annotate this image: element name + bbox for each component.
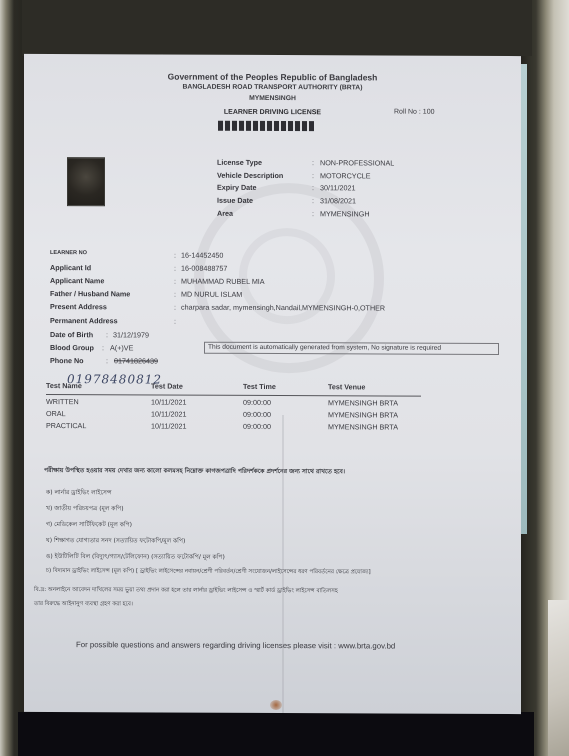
field-value: charpara sadar, mymensingh,Nandail,MYMEN… xyxy=(181,303,385,313)
screen-bottom-bezel xyxy=(18,712,534,756)
field-label: Permanent Address xyxy=(50,316,118,325)
barcode xyxy=(218,121,314,131)
field-value: A(+)VE xyxy=(110,343,133,352)
field-label: Vehicle Description xyxy=(217,171,283,180)
instructions-note: বি.দ্র: অনলাইনে আবেদন দাখিলের সময় ভুয়া… xyxy=(34,586,338,596)
field-value: MUHAMMAD RUBEL MIA xyxy=(181,277,265,286)
footer-help-text: For possible questions and answers regar… xyxy=(76,640,395,650)
roll-label: Roll No : xyxy=(394,109,421,116)
government-heading: Government of the Peoples Republic of Ba… xyxy=(24,71,521,83)
field-label: Father / Husband Name xyxy=(50,289,130,298)
instruction-item: খ) জাতীয় পরিচয়পত্র (মূল কপি) xyxy=(46,503,124,514)
instructions-intro: পরীক্ষায় উপস্থিত হওয়ার সময় দেখার জন্য… xyxy=(44,465,345,477)
instruction-item: ঘ) শিক্ষাগত যোগ্যতার সনদ (সত্যায়িত ফটোক… xyxy=(46,535,185,547)
field-label: LEARNER NO xyxy=(50,250,87,256)
field-label: Date of Birth xyxy=(50,330,93,339)
column-header: Test Name xyxy=(46,381,82,390)
field-value: 30/11/2021 xyxy=(320,183,355,192)
field-label: Applicant Id xyxy=(50,263,91,272)
column-header: Test Time xyxy=(243,382,276,391)
table-header-row: Test Name Test Date Test Time Test Venue xyxy=(46,381,421,397)
field-value: 16-14452450 xyxy=(181,251,223,260)
roll-number: Roll No : 100 xyxy=(394,109,434,116)
field-label: License Type xyxy=(217,158,262,167)
field-label: Area xyxy=(217,209,233,218)
instruction-item: চ) বিদ্যমান ড্রাইভিং লাইসেন্স (মূল কপি) … xyxy=(46,567,371,577)
roll-value: 100 xyxy=(423,109,435,116)
field-value: MYMENSINGH xyxy=(320,209,370,218)
field-value: 16-008488757 xyxy=(181,264,227,273)
field-label: Issue Date xyxy=(217,196,253,205)
field-label: Phone No xyxy=(50,356,84,365)
field-value: NON-PROFESSIONAL xyxy=(320,158,394,167)
field-value: MD NURUL ISLAM xyxy=(181,290,242,299)
test-schedule-table: Test Name Test Date Test Time Test Venue… xyxy=(46,381,421,435)
column-header: Test Date xyxy=(151,381,183,390)
city-heading: MYMENSINGH xyxy=(24,94,521,103)
field-label: Applicant Name xyxy=(50,276,104,285)
instruction-item: গ) মেডিকেল সার্টিফিকেট (মূল কপি) xyxy=(46,519,132,530)
field-value: MOTORCYCLE xyxy=(320,171,371,180)
document-title: LEARNER DRIVING LICENSE xyxy=(24,108,521,117)
instruction-item: ক) লার্নার ড্রাইভিং লাইসেন্স xyxy=(46,487,112,498)
field-value: 01741826439 xyxy=(114,356,158,365)
field-label: Expiry Date xyxy=(217,183,257,192)
column-header: Test Venue xyxy=(328,382,365,391)
field-value: 31/12/1979 xyxy=(113,330,149,339)
instruction-item: ঙ) ইউটিলিটি বিল (বিদ্যুৎ/গ্যাস/টেলিফোন) … xyxy=(46,551,225,563)
authority-heading: BANGLADESH ROAD TRANSPORT AUTHORITY (BRT… xyxy=(24,83,521,92)
instructions-note: তার বিরুদ্ধে আইনানুগ ব্যবস্থা গ্রহণ করা … xyxy=(34,600,133,609)
field-value: 31/08/2021 xyxy=(320,196,356,205)
screen-top-bezel xyxy=(22,0,532,56)
applicant-photo xyxy=(67,157,105,206)
background-wall xyxy=(548,600,569,756)
paper-stain xyxy=(270,700,282,710)
field-label: Blood Group xyxy=(50,343,94,352)
table-row: PRACTICAL 10/11/2021 09:00:00 MYMENSINGH… xyxy=(46,421,421,435)
license-document: Government of the Peoples Republic of Ba… xyxy=(24,54,521,714)
field-label: Present Address xyxy=(50,302,107,311)
auto-generated-notice: This document is automatically generated… xyxy=(204,342,499,355)
